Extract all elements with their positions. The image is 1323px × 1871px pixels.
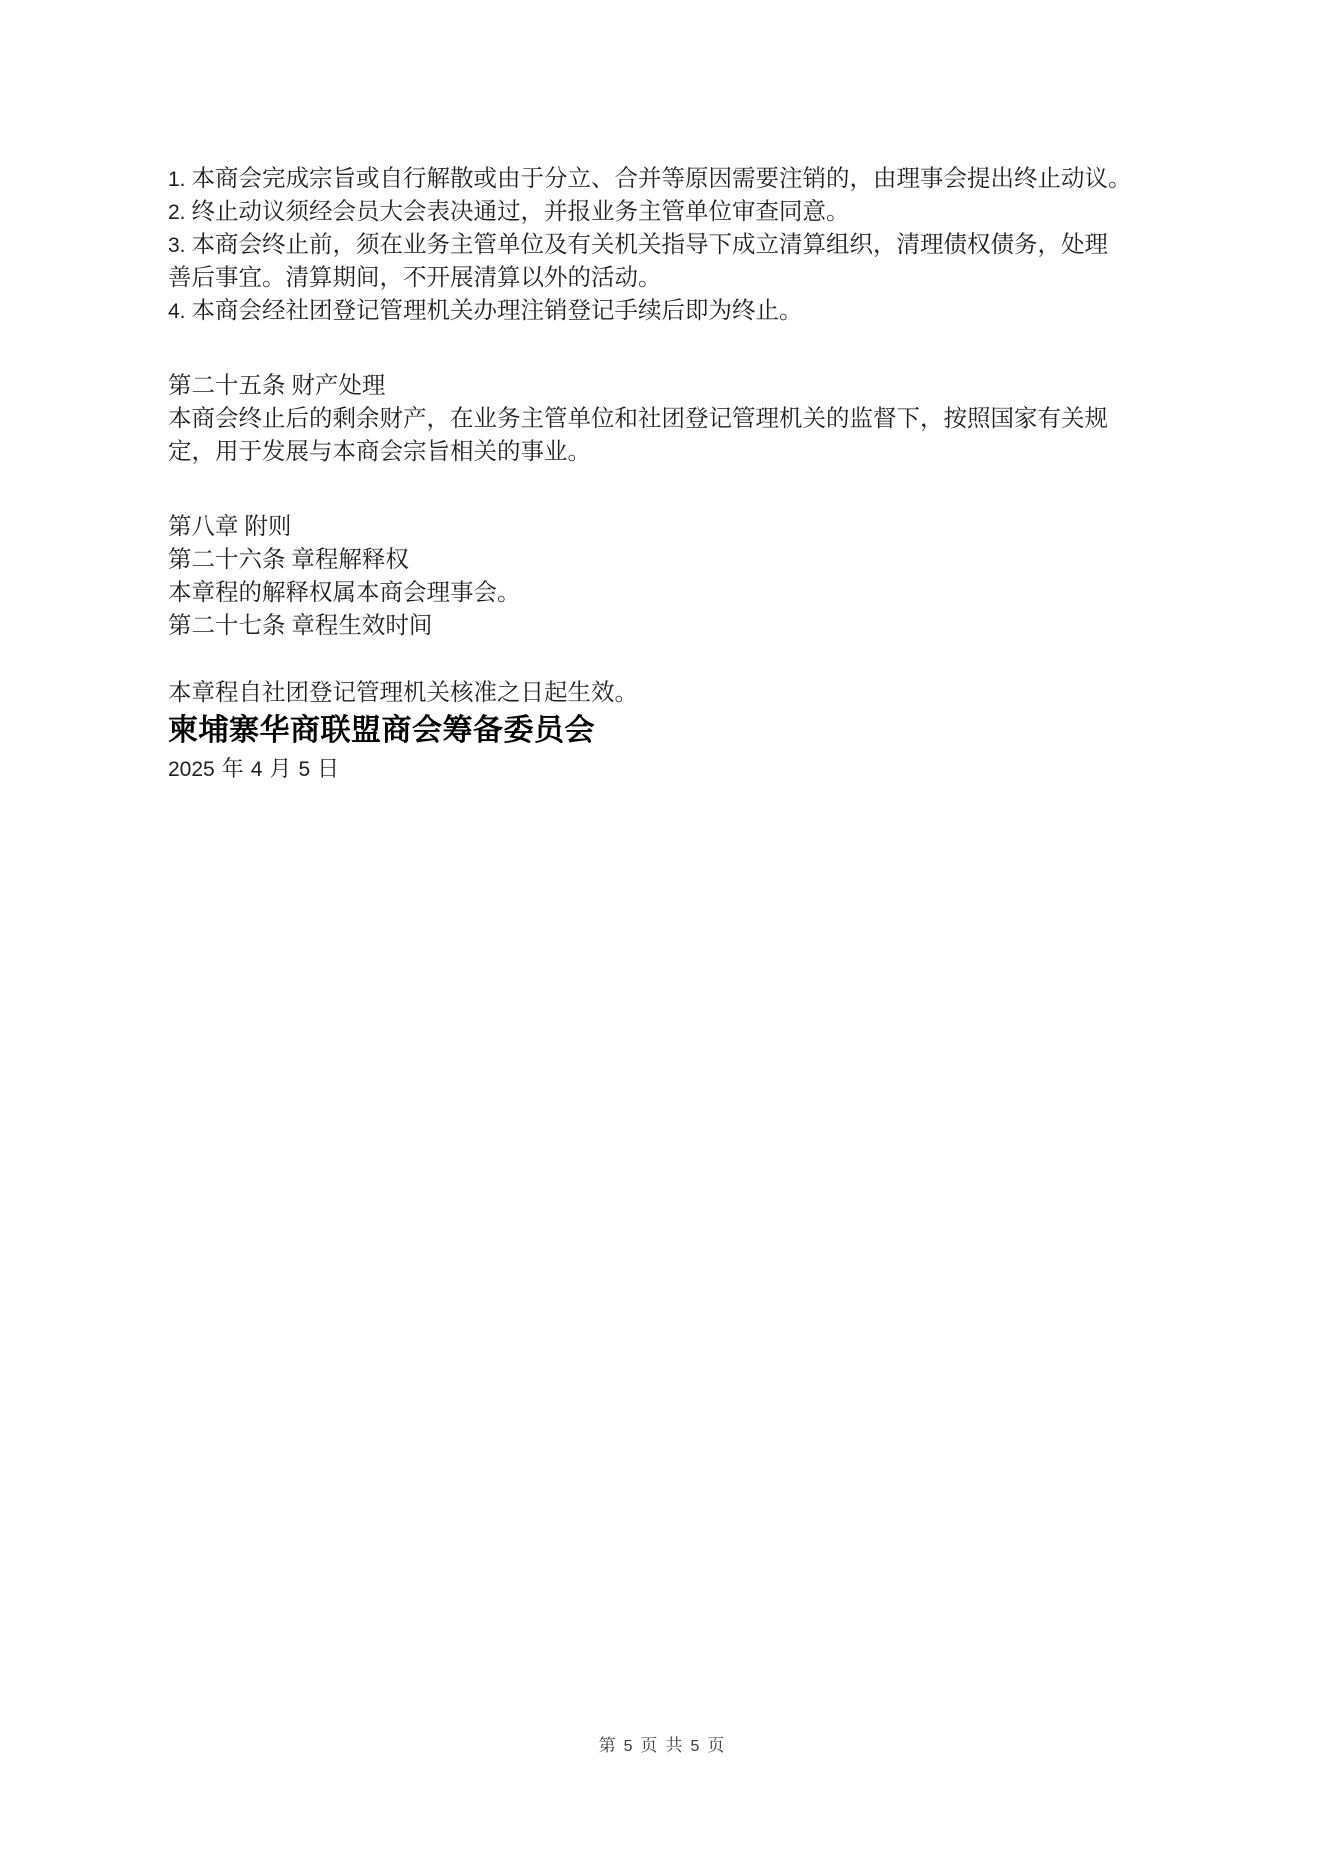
date-day-unit: 日 — [317, 756, 339, 781]
footer-total-number: 5 — [691, 1738, 700, 1755]
signature-line: 柬埔寨华商联盟商会筹备委员会 — [168, 710, 1173, 752]
list-item-4-text: 本商会经社团登记管理机关办理注销登记手续后即为终止。 — [192, 298, 803, 324]
chapter-8-heading: 第八章 附则 — [168, 511, 1173, 544]
footer-page-number: 5 — [624, 1738, 633, 1755]
date-year-unit: 年 — [222, 756, 244, 781]
article-25-body: 本商会终止后的剩余财产，在业务主管单位和社团登记管理机关的监督下，按照国家有关规… — [168, 403, 1173, 469]
footer-total-unit: 页 — [707, 1736, 724, 1755]
date-line: 2025年4月5日 — [168, 752, 1173, 786]
date-day: 5 — [298, 758, 310, 781]
list-item-2-number: 2. — [168, 201, 186, 224]
date-year: 2025 — [168, 758, 215, 781]
date-month-unit: 月 — [269, 756, 291, 781]
document-page: 1.本商会完成宗旨或自行解散或由于分立、合并等原因需要注销的，由理事会提出终止动… — [0, 0, 1323, 1871]
list-item-2: 2.终止动议须经会员大会表决通过，并报业务主管单位审查同意。 — [168, 196, 1173, 229]
list-item-3-number: 3. — [168, 234, 186, 257]
list-item-3: 3.本商会终止前，须在业务主管单位及有关机关指导下成立清算组织，清理债权债务，处… — [168, 229, 1173, 295]
article-25-heading: 第二十五条 财产处理 — [168, 370, 1173, 403]
list-item-4-number: 4. — [168, 300, 186, 323]
list-item-1-text: 本商会完成宗旨或自行解散或由于分立、合并等原因需要注销的，由理事会提出终止动议。 — [192, 166, 1132, 192]
article-26-heading: 第二十六条 章程解释权 — [168, 544, 1173, 577]
footer-page-unit: 页 — [641, 1736, 658, 1755]
document-body: 1.本商会完成宗旨或自行解散或由于分立、合并等原因需要注销的，由理事会提出终止动… — [168, 0, 1173, 786]
footer-page-prefix: 第 — [599, 1736, 616, 1755]
article-27-heading: 第二十七条 章程生效时间 — [168, 610, 1173, 643]
article-27-body: 本章程自社团登记管理机关核准之日起生效。 — [168, 677, 1173, 710]
list-item-4: 4.本商会经社团登记管理机关办理注销登记手续后即为终止。 — [168, 295, 1173, 328]
list-item-3-text: 本商会终止前，须在业务主管单位及有关机关指导下成立清算组织，清理债权债务，处理 … — [168, 232, 1108, 291]
list-item-2-text: 终止动议须经会员大会表决通过，并报业务主管单位审查同意。 — [192, 199, 850, 225]
page-footer: 第5页共5页 — [0, 1733, 1323, 1760]
footer-total-prefix: 共 — [666, 1736, 683, 1755]
list-item-1-number: 1. — [168, 168, 186, 191]
date-month: 4 — [251, 758, 263, 781]
list-item-1: 1.本商会完成宗旨或自行解散或由于分立、合并等原因需要注销的，由理事会提出终止动… — [168, 163, 1173, 196]
article-26-body: 本章程的解释权属本商会理事会。 — [168, 577, 1173, 610]
